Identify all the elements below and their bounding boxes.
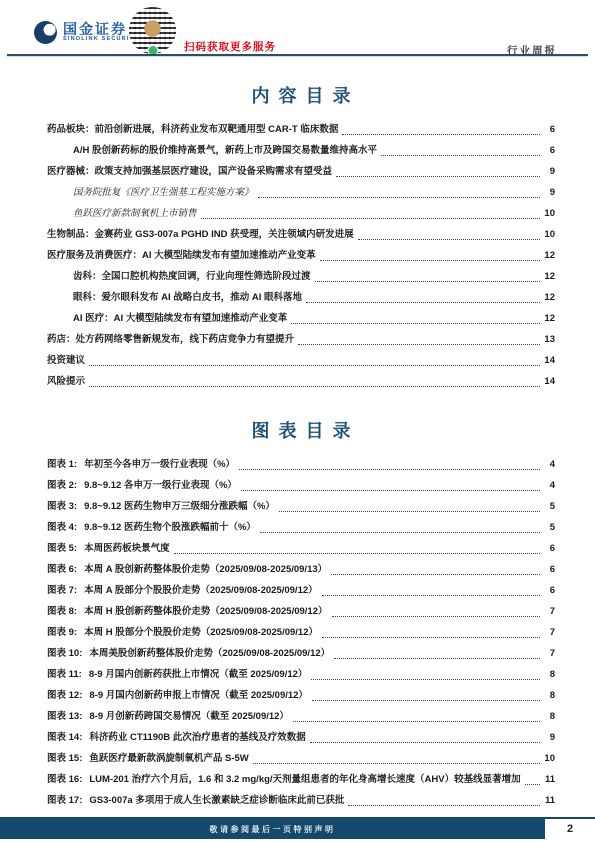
- dot-leader: [348, 805, 540, 806]
- figure-entry-label: 8-9 月国内创新药申报上市情况（截至 2025/09/12）: [89, 685, 308, 706]
- sinolink-logo-icon: [34, 21, 57, 44]
- figure-toc-entry[interactable]: 图表 6: 本周 A 股创新药整体股价走势（2025/09/08-2025/09…: [47, 559, 555, 580]
- footer-disclaimer: 敬请参阅最后一页特别声明: [210, 824, 336, 835]
- toc-entry[interactable]: 鱼跃医疗新款制氧机上市销售 10: [47, 203, 555, 224]
- toc-entry-label: 医疗服务及消费医疗：AI 大模型陆续发布有望加速推动产业变革: [47, 245, 316, 266]
- toc-entry[interactable]: 风险提示 14: [47, 371, 555, 392]
- figure-number: 图表 16:: [47, 769, 82, 790]
- figure-entry-label: 本周 A 股部分个股股价走势（2025/09/08-2025/09/12）: [84, 580, 318, 601]
- figure-entry-page: 11: [543, 769, 555, 790]
- dot-leader: [312, 700, 540, 701]
- dot-leader: [525, 784, 540, 785]
- figure-number: 图表 14:: [47, 727, 82, 748]
- figure-number: 图表 12:: [47, 685, 82, 706]
- toc-entry-label: 国务院批复《医疗卫生强基工程实施方案》: [73, 182, 254, 203]
- figure-entry-label: 8-9 月国内创新药获批上市情况（截至 2025/09/12）: [89, 664, 308, 685]
- dot-leader: [201, 218, 540, 219]
- figure-entry-page: 8: [543, 664, 555, 685]
- figure-toc-entry[interactable]: 图表 13: 8-9 月创新药跨国交易情况（截至 2025/09/12） 8: [47, 706, 555, 727]
- toc-entry[interactable]: 投资建议 14: [47, 350, 555, 371]
- figure-toc-entry[interactable]: 图表 7: 本周 A 股部分个股股价走势（2025/09/08-2025/09/…: [47, 580, 555, 601]
- figure-entry-label: 年初至今各申万一级行业表现（%）: [84, 454, 235, 475]
- toc-entry-label: AI 医疗：AI 大模型陆续发布有望加速推动产业变革: [73, 308, 287, 329]
- toc-entry[interactable]: A/H 股创新药标的股价维持高景气，新药上市及跨国交易数量维持高水平 6: [47, 140, 555, 161]
- dot-leader: [279, 511, 540, 512]
- toc-entry-page: 6: [543, 119, 555, 140]
- dot-leader: [322, 595, 540, 596]
- toc-entry-page: 12: [543, 308, 555, 329]
- report-page: 国金证券 SINOLINK SECURITIES 扫码获取更多服务 行业周报 内…: [0, 0, 595, 842]
- figure-entry-label: 9.8~9.12 医药生物申万三级细分涨跌幅（%）: [84, 496, 275, 517]
- toc-entry-label: 生物制品：金赛药业 GS3-007a PGHD IND 获受理，关注领域内研发进…: [47, 224, 354, 245]
- toc-entry-page: 10: [543, 203, 555, 224]
- figure-number: 图表 13:: [47, 706, 82, 727]
- figure-entry-page: 8: [543, 706, 555, 727]
- dot-leader: [311, 679, 540, 680]
- toc-entry-page: 12: [543, 287, 555, 308]
- dot-leader: [298, 344, 540, 345]
- figure-toc-entry[interactable]: 图表 4: 9.8~9.12 医药生物个股涨跌幅前十（%） 5: [47, 517, 555, 538]
- figure-number: 图表 1:: [47, 454, 77, 475]
- qr-code-icon: [129, 7, 176, 54]
- dot-leader: [342, 134, 540, 135]
- figure-entry-page: 7: [543, 622, 555, 643]
- dot-leader: [293, 721, 540, 722]
- figure-entry-label: 本周 H 股创新药整体股价走势（2025/09/08-2025/09/12）: [84, 601, 327, 622]
- toc-content: 内容目录 药品板块：前沿创新进展，科济药业发布双靶通用型 CAR-T 临床数据 …: [47, 68, 555, 811]
- figure-entry-label: 本周美股创新药整体股价走势（2025/09/08-2025/09/12）: [89, 643, 330, 664]
- toc-entry[interactable]: 医疗器械：政策支持加强基层医疗建设，国产设备采购需求有望受益 9: [47, 161, 555, 182]
- toc-entry[interactable]: 药店：处方药网络零售新规发布，线下药店竞争力有望提升 13: [47, 329, 555, 350]
- dot-leader: [358, 239, 540, 240]
- dot-leader: [253, 763, 540, 764]
- figure-entry-page: 4: [543, 475, 555, 496]
- dot-leader: [260, 532, 540, 533]
- figure-toc-entry[interactable]: 图表 12: 8-9 月国内创新药申报上市情况（截至 2025/09/12） 8: [47, 685, 555, 706]
- figure-toc-entry[interactable]: 图表 5: 本周医药板块景气度 6: [47, 538, 555, 559]
- figure-entry-label: 本周医药板块景气度: [84, 538, 170, 559]
- toc-entry[interactable]: 齿科：全国口腔机构热度回调，行业向理性筛选阶段过渡 12: [47, 266, 555, 287]
- toc-entry[interactable]: 医疗服务及消费医疗：AI 大模型陆续发布有望加速推动产业变革 12: [47, 245, 555, 266]
- page-number-box: 2: [545, 819, 595, 839]
- dot-leader: [306, 302, 540, 303]
- figure-toc-title: 图表目录: [47, 417, 555, 443]
- dot-leader: [334, 658, 540, 659]
- figure-number: 图表 9:: [47, 622, 77, 643]
- figure-entry-label: LUM-201 治疗六个月后，1.6 和 3.2 mg/kg/天剂量组患者的年化…: [89, 769, 520, 790]
- dot-leader: [331, 574, 540, 575]
- dot-leader: [174, 553, 540, 554]
- toc-entry-label: 眼科：爱尔眼科发布 AI 战略白皮书，推动 AI 眼科落地: [73, 287, 302, 308]
- toc-entry-label: 鱼跃医疗新款制氧机上市销售: [73, 203, 197, 224]
- figure-entry-page: 7: [543, 601, 555, 622]
- dot-leader: [291, 323, 540, 324]
- toc-entry-label: A/H 股创新药标的股价维持高景气，新药上市及跨国交易数量维持高水平: [73, 140, 377, 161]
- figure-toc-entry[interactable]: 图表 3: 9.8~9.12 医药生物申万三级细分涨跌幅（%） 5: [47, 496, 555, 517]
- toc-entry-page: 12: [543, 245, 555, 266]
- figure-entry-page: 6: [543, 559, 555, 580]
- figure-entry-page: 5: [543, 517, 555, 538]
- content-toc-list: 药品板块：前沿创新进展，科济药业发布双靶通用型 CAR-T 临床数据 6 A/H…: [47, 119, 555, 392]
- toc-entry[interactable]: 药品板块：前沿创新进展，科济药业发布双靶通用型 CAR-T 临床数据 6: [47, 119, 555, 140]
- figure-toc-entry[interactable]: 图表 1: 年初至今各申万一级行业表现（%） 4: [47, 454, 555, 475]
- figure-number: 图表 5:: [47, 538, 77, 559]
- dot-leader: [241, 490, 540, 491]
- toc-entry[interactable]: 生物制品：金赛药业 GS3-007a PGHD IND 获受理，关注领域内研发进…: [47, 224, 555, 245]
- toc-entry-page: 9: [543, 161, 555, 182]
- figure-entry-page: 7: [543, 643, 555, 664]
- figure-number: 图表 8:: [47, 601, 77, 622]
- page-header: 国金证券 SINOLINK SECURITIES 扫码获取更多服务 行业周报: [0, 0, 595, 57]
- figure-number: 图表 6:: [47, 559, 77, 580]
- figure-entry-label: 本周 H 股部分个股股价走势（2025/09/08-2025/09/12）: [84, 622, 318, 643]
- figure-entry-label: 鱼跃医疗最新款涡旋制氧机产品 S-5W: [89, 748, 248, 769]
- figure-toc-entry[interactable]: 图表 9: 本周 H 股部分个股股价走势（2025/09/08-2025/09/…: [47, 622, 555, 643]
- page-footer: 敬请参阅最后一页特别声明 2: [0, 817, 595, 839]
- figure-entry-label: GS3-007a 多项用于成人生长激素缺乏症诊断临床此前已获批: [89, 790, 344, 811]
- dot-leader: [322, 637, 540, 638]
- toc-entry-page: 12: [543, 266, 555, 287]
- figure-number: 图表 15:: [47, 748, 82, 769]
- dot-leader: [89, 386, 540, 387]
- figure-number: 图表 2:: [47, 475, 77, 496]
- figure-toc-entry[interactable]: 图表 11: 8-9 月国内创新药获批上市情况（截至 2025/09/12） 8: [47, 664, 555, 685]
- content-toc-title: 内容目录: [47, 82, 555, 108]
- dot-leader: [89, 365, 540, 366]
- figure-entry-page: 6: [543, 538, 555, 559]
- figure-toc-entry[interactable]: 图表 14: 科济药业 CT1190B 此次治疗患者的基线及疗效数据 9: [47, 727, 555, 748]
- figure-toc-entry[interactable]: 图表 8: 本周 H 股创新药整体股价走势（2025/09/08-2025/09…: [47, 601, 555, 622]
- figure-toc-list: 图表 1: 年初至今各申万一级行业表现（%） 4 图表 2: 9.8~9.12 …: [47, 454, 555, 811]
- dot-leader: [310, 742, 540, 743]
- figure-entry-label: 9.8~9.12 医药生物个股涨跌幅前十（%）: [84, 517, 256, 538]
- footer-disclaimer-bar: 敬请参阅最后一页特别声明: [0, 819, 545, 839]
- toc-entry-page: 9: [543, 182, 555, 203]
- figure-toc-entry[interactable]: 图表 17: GS3-007a 多项用于成人生长激素缺乏症诊断临床此前已获批 1…: [47, 790, 555, 811]
- toc-entry[interactable]: AI 医疗：AI 大模型陆续发布有望加速推动产业变革 12: [47, 308, 555, 329]
- dot-leader: [315, 281, 540, 282]
- toc-entry-label: 投资建议: [47, 350, 85, 371]
- figure-entry-page: 9: [543, 727, 555, 748]
- dot-leader: [381, 155, 540, 156]
- toc-entry-label: 医疗器械：政策支持加强基层医疗建设，国产设备采购需求有望受益: [47, 161, 332, 182]
- figure-entry-label: 9.8~9.12 各申万一级行业表现（%）: [84, 475, 237, 496]
- figure-entry-label: 本周 A 股创新药整体股价走势（2025/09/08-2025/09/13）: [84, 559, 327, 580]
- figure-number: 图表 17:: [47, 790, 82, 811]
- toc-entry-label: 风险提示: [47, 371, 85, 392]
- header-divider: [7, 54, 588, 57]
- toc-entry[interactable]: 国务院批复《医疗卫生强基工程实施方案》 9: [47, 182, 555, 203]
- figure-toc-entry[interactable]: 图表 10: 本周美股创新药整体股价走势（2025/09/08-2025/09/…: [47, 643, 555, 664]
- toc-entry-page: 10: [543, 224, 555, 245]
- figure-entry-page: 11: [543, 790, 555, 811]
- figure-number: 图表 11:: [47, 664, 82, 685]
- toc-entry-label: 齿科：全国口腔机构热度回调，行业向理性筛选阶段过渡: [73, 266, 311, 287]
- qr-caption: 扫码获取更多服务: [184, 39, 276, 54]
- toc-entry-label: 药店：处方药网络零售新规发布，线下药店竞争力有望提升: [47, 329, 294, 350]
- toc-entry-label: 药品板块：前沿创新进展，科济药业发布双靶通用型 CAR-T 临床数据: [47, 119, 338, 140]
- figure-entry-page: 10: [543, 748, 555, 769]
- dot-leader: [336, 176, 540, 177]
- toc-entry-page: 13: [543, 329, 555, 350]
- figure-toc-entry[interactable]: 图表 16: LUM-201 治疗六个月后，1.6 和 3.2 mg/kg/天剂…: [47, 769, 555, 790]
- figure-number: 图表 4:: [47, 517, 77, 538]
- figure-entry-page: 5: [543, 496, 555, 517]
- figure-entry-label: 科济药业 CT1190B 此次治疗患者的基线及疗效数据: [89, 727, 305, 748]
- figure-toc-entry[interactable]: 图表 2: 9.8~9.12 各申万一级行业表现（%） 4: [47, 475, 555, 496]
- toc-entry-page: 14: [543, 371, 555, 392]
- figure-toc-entry[interactable]: 图表 15: 鱼跃医疗最新款涡旋制氧机产品 S-5W 10: [47, 748, 555, 769]
- figure-entry-page: 8: [543, 685, 555, 706]
- dot-leader: [258, 197, 540, 198]
- dot-leader: [320, 260, 540, 261]
- figure-entry-label: 8-9 月创新药跨国交易情况（截至 2025/09/12）: [89, 706, 289, 727]
- page-number: 2: [567, 823, 573, 835]
- figure-entry-page: 6: [543, 580, 555, 601]
- figure-number: 图表 3:: [47, 496, 77, 517]
- figure-number: 图表 10:: [47, 643, 82, 664]
- figure-number: 图表 7:: [47, 580, 77, 601]
- dot-leader: [239, 469, 540, 470]
- toc-entry-page: 14: [543, 350, 555, 371]
- figure-entry-page: 4: [543, 454, 555, 475]
- dot-leader: [332, 616, 541, 617]
- toc-entry-page: 6: [543, 140, 555, 161]
- toc-entry[interactable]: 眼科：爱尔眼科发布 AI 战略白皮书，推动 AI 眼科落地 12: [47, 287, 555, 308]
